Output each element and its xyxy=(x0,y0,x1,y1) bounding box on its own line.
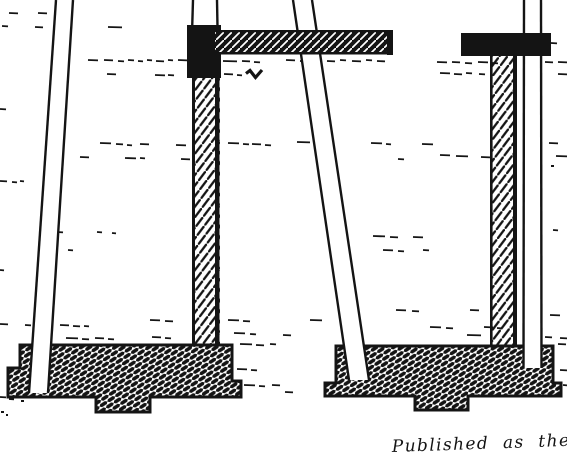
left-pier-shaft xyxy=(192,70,220,352)
cross-beam xyxy=(215,30,393,55)
right-pier-cap xyxy=(461,33,551,56)
ink-speck xyxy=(6,414,8,416)
left-pier-top-outline xyxy=(192,0,217,27)
ink-speck xyxy=(21,400,24,402)
section-drawing: Published as the xyxy=(0,0,567,457)
ink-speck xyxy=(1,411,4,413)
right-pier-shaft xyxy=(490,50,517,352)
engraving-plate: Published as the xyxy=(0,0,567,457)
ink-speck xyxy=(551,165,554,167)
